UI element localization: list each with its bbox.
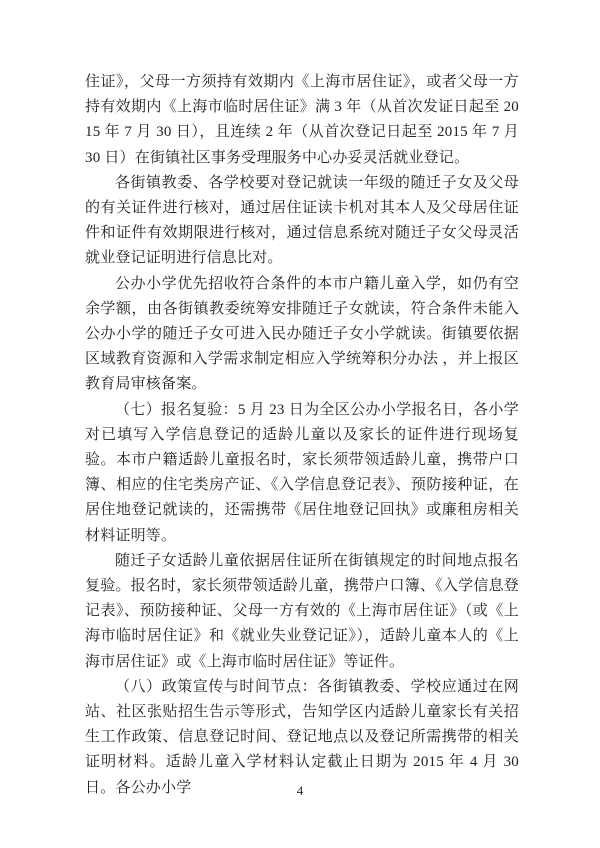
- paragraph-continuation: 住证》，父母一方须持有效期内《上海市居住证》，或者父母一方持有效期内《上海市临时…: [85, 70, 519, 171]
- document-page: 住证》，父母一方须持有效期内《上海市居住证》，或者父母一方持有效期内《上海市临时…: [0, 0, 600, 848]
- paragraph-item-seven-registration-recheck: （七）报名复验：5 月 23 日为全区公办小学报名日，各小学对已填写入学信息登记…: [85, 398, 519, 549]
- document-body: 住证》，父母一方须持有效期内《上海市居住证》，或者父母一方持有效期内《上海市临时…: [85, 70, 519, 801]
- paragraph-migrant-children-recheck: 随迁子女适龄儿童依据居住证所在街镇规定的时间地点报名复验。报名时，家长须带领适龄…: [85, 549, 519, 675]
- paragraph-enrollment-priority: 公办小学优先招收符合条件的本市户籍儿童入学，如仍有空余学额，由各街镇教委统筹安排…: [85, 272, 519, 398]
- page-number: 4: [0, 783, 600, 799]
- paragraph-item-eight-policy-publicity: （八）政策宣传与时间节点：各街镇教委、学校应通过在网站、社区张贴招生告示等形式，…: [85, 675, 519, 801]
- paragraph-verification: 各街镇教委、各学校要对登记就读一年级的随迁子女及父母的有关证件进行核对，通过居住…: [85, 171, 519, 272]
